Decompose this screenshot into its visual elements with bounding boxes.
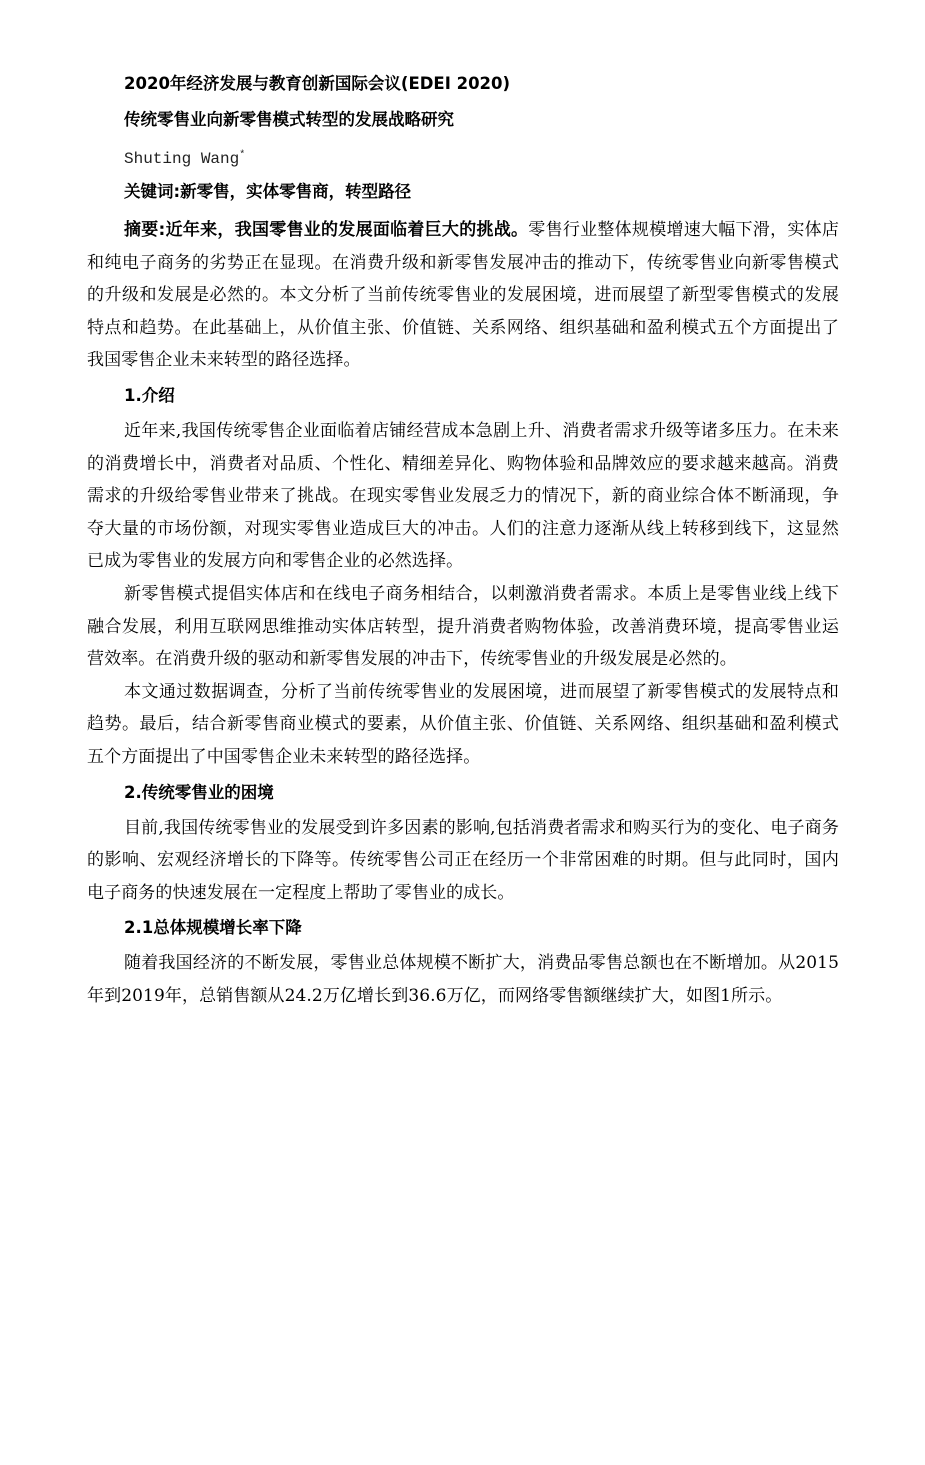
intro-paragraph-2: 新零售模式提倡实体店和在线电子商务相结合，以刺激消费者需求。本质上是零售业线上线… [87, 578, 839, 676]
author-mark: * [239, 150, 245, 161]
section-heading-growth-decline: 2.1总体规模增长率下降 [124, 913, 839, 947]
growth-paragraph-1: 随着我国经济的不断发展，零售业总体规模不断扩大，消费品零售总额也在不断增加。从2… [87, 947, 839, 1012]
section-heading-intro: 1.介绍 [124, 381, 839, 415]
abstract: 摘要:近年来，我国零售业的发展面临着巨大的挑战。零售行业整体规模增速大幅下滑，实… [87, 214, 839, 377]
paper-page: 2020年经济发展与教育创新国际会议(EDEI 2020) 传统零售业向新零售模… [87, 70, 839, 1012]
author-line: Shuting Wang* [124, 142, 839, 178]
paper-title: 传统零售业向新零售模式转型的发展战略研究 [124, 106, 839, 142]
author-name: Shuting Wang [124, 150, 239, 168]
keywords: 关键词:新零售，实体零售商，转型路径 [124, 178, 839, 214]
section-heading-dilemma: 2.传统零售业的困境 [124, 778, 839, 812]
abstract-lead: 摘要:近年来，我国零售业的发展面临着巨大的挑战。 [124, 220, 528, 240]
intro-paragraph-1: 近年来,我国传统零售企业面临着店铺经营成本急剧上升、消费者需求升级等诸多压力。在… [87, 415, 839, 578]
conference-name: 2020年经济发展与教育创新国际会议(EDEI 2020) [124, 70, 839, 106]
dilemma-paragraph-1: 目前,我国传统零售业的发展受到许多因素的影响,包括消费者需求和购买行为的变化、电… [87, 812, 839, 910]
abstract-body: 零售行业整体规模增速大幅下滑，实体店和纯电子商务的劣势正在显现。在消费升级和新零… [87, 220, 839, 370]
intro-paragraph-3: 本文通过数据调查，分析了当前传统零售业的发展困境，进而展望了新零售模式的发展特点… [87, 676, 839, 774]
